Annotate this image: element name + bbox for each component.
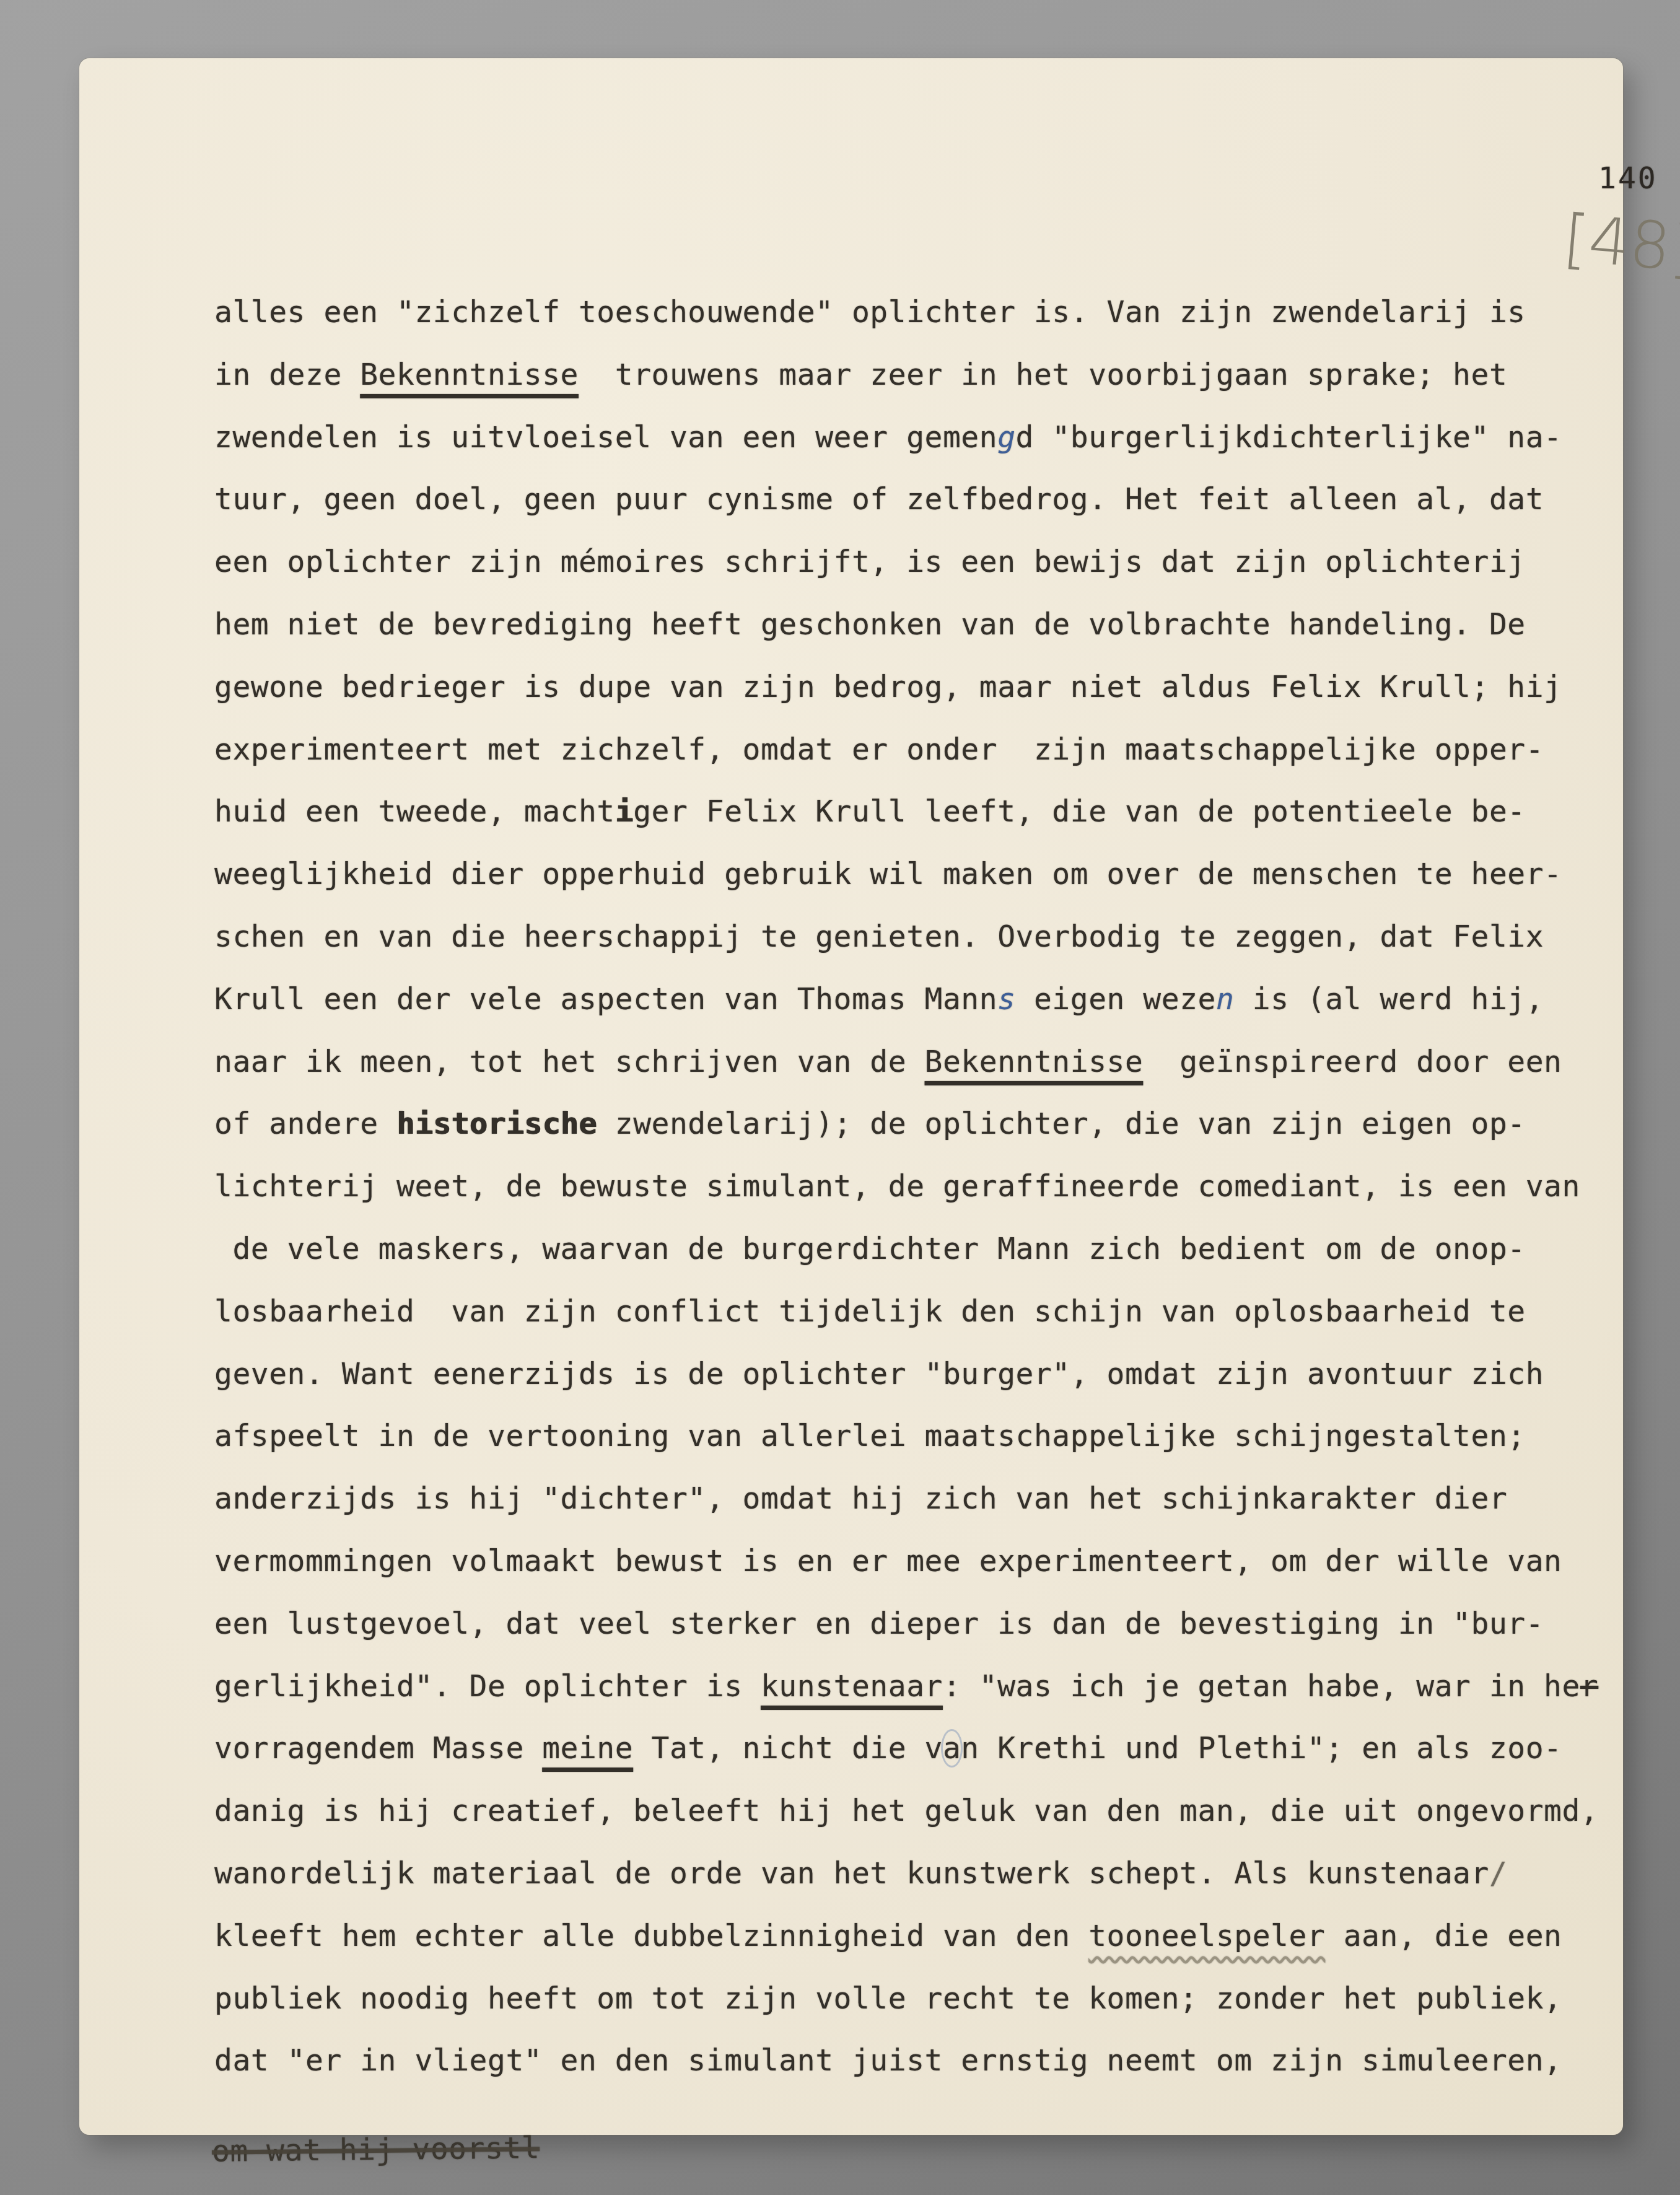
page-number: 140 [1598,161,1658,196]
text-line-4: tuur, geen doel, geen puur cynisme of ze… [214,468,1598,531]
text-line-24: vorragendem Masse meine Tat, nicht die v… [214,1717,1598,1780]
text-line-21: vermommingen volmaakt bewust is en er me… [214,1530,1598,1593]
text-line-19: afspeelt in de vertooning van allerlei m… [214,1405,1598,1468]
text-line-12: Krull een der vele aspecten van Thomas M… [214,968,1598,1031]
text-line-10: weeglijkheid dier opperhuid gebruik wil … [214,843,1598,906]
text-line-23: gerlijkheid". De oplichter is kunstenaar… [214,1655,1598,1718]
catchword-line: om wat hij voorstl [211,2117,540,2183]
text-line-18: geven. Want eenerzijds is de oplichter "… [214,1343,1598,1406]
text-line-28: publiek noodig heeft om tot zijn volle r… [214,1968,1598,2030]
text-line-16: de vele maskers, waarvan de burgerdichte… [214,1218,1598,1281]
pencil-annotation: [48] [1560,200,1680,287]
text-line-26: wanordelijk materiaal de orde van het ku… [214,1842,1598,1905]
text-line-6: hem niet de bevrediging heeft geschonken… [214,594,1598,656]
text-line-13: naar ik meen, tot het schrijven van de B… [214,1031,1598,1093]
typewritten-text: alles een "zichzelf toeschouwende" oplic… [214,281,1598,2092]
text-line-1: alles een "zichzelf toeschouwende" oplic… [214,281,1598,344]
text-line-27: kleeft hem echter alle dubbelzinnigheid … [214,1905,1598,1968]
text-line-3: zwendelen is uitvloeisel van een weer ge… [214,406,1598,469]
text-line-25: danig is hij creatief, beleeft hij het g… [214,1780,1598,1842]
text-line-17: losbaarheid van zijn conflict tijdelijk … [214,1281,1598,1343]
text-line-29: dat "er in vliegt" en den simulant juist… [214,2030,1598,2092]
text-line-22: een lustgevoel, dat veel sterker en diep… [214,1593,1598,1655]
text-line-11: schen en van die heerschappij te geniete… [214,906,1598,968]
text-line-20: anderzijds is hij "dichter", omdat hij z… [214,1468,1598,1530]
scan-background: { "page": { "page_number": "140", "penci… [0,0,1680,2195]
text-line-15: lichterij weet, de bewuste simulant, de … [214,1155,1598,1218]
text-line-5: een oplichter zijn mémoires schrijft, is… [214,531,1598,594]
text-line-9: huid een tweede, machtiger Felix Krull l… [214,781,1598,843]
text-line-7: gewone bedrieger is dupe van zijn bedrog… [214,656,1598,719]
document-page: 140 [48] alles een "zichzelf toeschouwen… [79,58,1623,2135]
text-line-2: in deze Bekenntnisse trouwens maar zeer … [214,344,1598,406]
text-line-8: experimenteert met zichzelf, omdat er on… [214,719,1598,781]
text-line-14: of andere historische zwendelarij); de o… [214,1093,1598,1155]
